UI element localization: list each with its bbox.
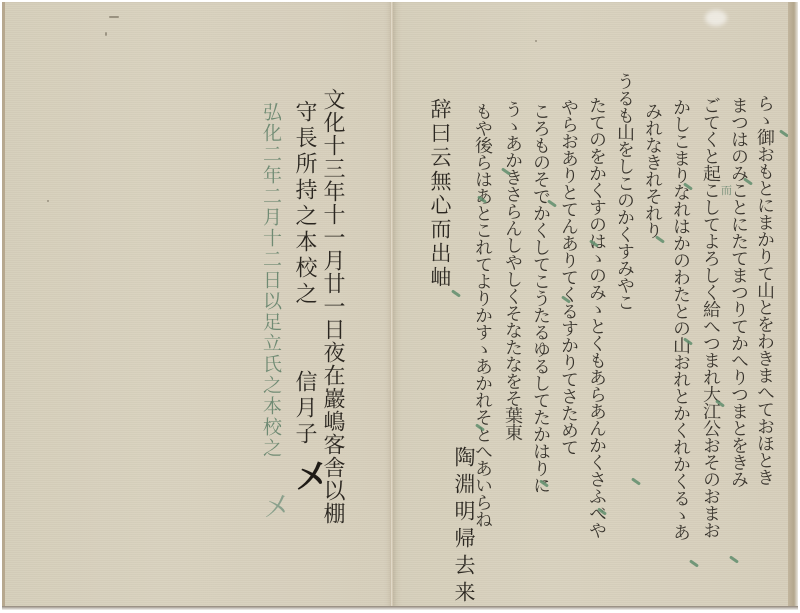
text-column-6: うるも山をしこのかくすみやこ bbox=[615, 72, 633, 253]
left-page: 文化十三年十一月廿一日夜在巖嶋客舎以棚 守長所持之本校之 信月子 㐅 弘化二年二… bbox=[2, 2, 393, 608]
right-page-edge bbox=[788, 2, 798, 608]
text-column-1: らゝ御おもとにまかりて山とをわきまへておほとき bbox=[755, 94, 773, 575]
green-tick-mark bbox=[631, 477, 641, 485]
marginal-note: 而 bbox=[721, 182, 732, 198]
colophon-signature: 信月子 bbox=[293, 370, 315, 450]
colophon-line-2: 守長所持之本校之 bbox=[293, 100, 315, 300]
bottom-shadow bbox=[2, 606, 798, 610]
text-column-2: まつはのみことにたてまつりてかへりつまとをきみ bbox=[729, 96, 747, 577]
manuscript-book: 文化十三年十一月廿一日夜在巖嶋客舎以棚 守長所持之本校之 信月子 㐅 弘化二年二… bbox=[2, 2, 798, 610]
green-tick-mark bbox=[451, 289, 461, 297]
ink-speck bbox=[109, 16, 119, 18]
paper-stain bbox=[705, 10, 727, 26]
text-column-5: みれなきれそれり bbox=[643, 102, 661, 253]
ink-speck bbox=[47, 200, 49, 202]
green-tick-mark bbox=[689, 559, 699, 567]
text-column-11: もや後らはあとこれてよりかすゝあかれそとへあいらね bbox=[473, 102, 491, 443]
ink-speck bbox=[535, 40, 537, 42]
text-column-3: ごてくと起こしてよろしく給へつまれ大江公おそのおまお bbox=[701, 96, 719, 577]
author-attribution: 陶淵明帰去来 bbox=[453, 446, 474, 586]
ink-speck bbox=[105, 32, 107, 36]
black-seal-mark: 㐅 bbox=[295, 450, 329, 499]
text-column-9: ころものそでかくしてこうたるゆるしてたかはりに bbox=[531, 102, 549, 573]
right-page: らゝ御おもとにまかりて山とをわきまへておほとき まつはのみことにたてまつりてかへ… bbox=[393, 2, 788, 608]
colophon-line-1: 文化十三年十一月廿一日夜在巖嶋客舎以棚 bbox=[321, 88, 343, 588]
text-column-12-kanji: 辞曰云無心而出岫 bbox=[429, 98, 450, 298]
colophon-green-line: 弘化二年二月十二日以足立氏之本校之 bbox=[261, 102, 280, 482]
text-column-8: やらおありとてんありてくるすかりてさためて bbox=[559, 98, 577, 579]
green-seal-mark: 㐅 bbox=[263, 486, 291, 526]
